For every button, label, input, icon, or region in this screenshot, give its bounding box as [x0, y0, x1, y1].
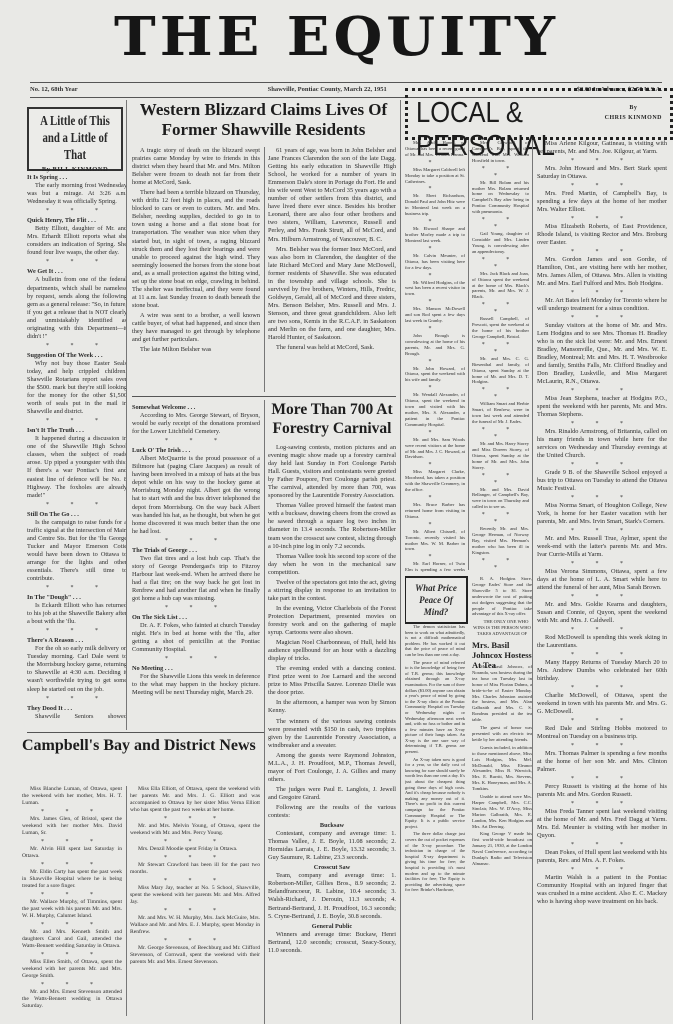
paragraph: Log-sawing contests, motion pictures and…: [268, 444, 396, 500]
separator-dot: * * *: [472, 302, 529, 316]
item-text: For the oh so early milk delivery on Tue…: [27, 645, 127, 693]
local-item: Mrs. Gordon James and son Gordie, of Ham…: [537, 256, 667, 288]
separator-dot: *: [405, 326, 465, 333]
column-rule: [468, 140, 469, 570]
paragraph: Among the guests were Raymond Johnston, …: [268, 752, 396, 784]
item-kicker: Somewhat Welcome . . .: [132, 404, 260, 412]
item-text: For the Shawville Lions this week in def…: [132, 673, 260, 697]
district-item: Mr. George Stevenson, of Beechburg and M…: [130, 945, 260, 966]
paragraph: There had been a terrible blizzard on Th…: [132, 189, 260, 310]
separator-stars: * * *: [537, 801, 667, 808]
separator-stars: * * *: [27, 418, 127, 425]
paragraph: Guests included, in addition to those me…: [472, 745, 532, 792]
separator-stars: * * *: [537, 528, 667, 535]
blizzard-col-1: A tragic story of death on the blizzard …: [132, 147, 260, 392]
separator-dot: *: [405, 522, 465, 529]
result-heading: Crosscut Saw: [268, 864, 396, 872]
local-item: Mr. Earl Horner, of Twin Elm is spending…: [405, 561, 465, 574]
forestry-body: Log-sawing contests, motion pictures and…: [268, 444, 396, 1024]
paragraph: Magician Noel Charbonneau, of Hull, held…: [268, 639, 396, 663]
local-item: Mr. Wendall Alexander, of Ottawa, spent …: [405, 392, 465, 427]
item-text: Is Eckardt Elliott who has returned to h…: [27, 602, 127, 626]
local-item: Gail Young, daughter of Constable and Mr…: [472, 231, 529, 255]
separator-stars: * * *: [537, 388, 667, 395]
separator-stars: * * *: [22, 892, 122, 899]
local-item: Miss Norma Smart, of Houghton College, N…: [537, 502, 667, 526]
local-item: Miss Arlene Kilgour, Gatineau, is visiti…: [537, 140, 667, 156]
masthead: THE EQUITY: [0, 0, 673, 66]
local-item: Mr. Calvin Meunier, of Ottawa, has been …: [405, 253, 465, 271]
separator-stars: * * *: [537, 421, 667, 428]
separator-stars: * * *: [130, 878, 260, 885]
filler-text: King George V made his first world-wide …: [472, 831, 532, 866]
local-item: Mrs. Crawford, of Campbell's Bay, spent …: [472, 140, 529, 164]
local-item: Mr. and Mrs. Sam Woods were recent visit…: [405, 437, 465, 461]
local-item: Grade 9 B. of the Shawville School enjoy…: [537, 469, 667, 493]
caps-line: THE ONLY ONE WHO WINS IS THE PERSON WHO …: [472, 619, 532, 636]
separator-stars: * * *: [22, 809, 122, 816]
separator-stars: * * *: [130, 839, 260, 846]
separator-stars: * * *: [27, 585, 127, 592]
district-item: Mrs. James Glen, of Bristol, spent the w…: [22, 816, 122, 837]
separator-stars: * * *: [537, 718, 667, 725]
separator-stars: * * *: [132, 605, 260, 612]
separator-dot: *: [405, 273, 465, 280]
what-price-body: The demon statistician has been to work …: [405, 624, 465, 1024]
local-item: Mrs. Jack Black and Joan, of Ottawa spen…: [472, 271, 529, 301]
item-text: Is the campaign to raise funds for a tra…: [27, 519, 127, 583]
district-item: Miss Ellen Smith, of Ottawa, spent the w…: [22, 959, 122, 980]
separator-stars: * * *: [27, 343, 127, 350]
separator-stars: * * *: [537, 495, 667, 502]
local-item: Many Happy Returns of Tuesday March 20 t…: [537, 659, 667, 683]
district-item: Mr. and Mrs. Kenneth Smith and daughters…: [22, 929, 122, 950]
local-item: Recently Mr. and Mrs. George Herman, of …: [472, 526, 529, 556]
paragraph: The three dollar charge just covers the …: [405, 831, 465, 893]
separator-stars: * * *: [132, 538, 260, 545]
separator-dot: *: [405, 430, 465, 437]
local-item: Percy Russett is visiting at the home of…: [537, 783, 667, 799]
separator-stars: * * *: [537, 158, 667, 165]
column-rule: [126, 100, 127, 730]
district-item: Miss Ella Elliott, of Ottawa, spent the …: [130, 786, 260, 814]
paragraph: An X-ray taken now is good for a year, s…: [405, 757, 465, 830]
item-kicker: It Is Spring . . .: [27, 174, 127, 182]
separator-stars: * * *: [537, 842, 667, 849]
local-item: Martin Walsh is a patient in the Pontiac…: [537, 874, 667, 906]
paragraph: Thomas Vallee took his second top score …: [268, 553, 396, 577]
local-item: Mr. and Mrs. Goldie Kearns and daughters…: [537, 601, 667, 625]
separator-stars: * * *: [537, 183, 667, 190]
local-item: Mr. John Howard, of Ottawa, spent the we…: [405, 366, 465, 384]
local-item: Miss Elizabeth Roberts, of East Providen…: [537, 223, 667, 247]
separator-dot: *: [405, 385, 465, 392]
district-item: Mr. and Mrs. Ernest Stevenson attended t…: [22, 989, 122, 1010]
item-text: Shawville Seniors showed Morrisburg how …: [27, 713, 127, 720]
separator-dot: * * *: [472, 342, 529, 356]
local-item: Mr. and Mrs. David Bellanger, of Campbel…: [472, 487, 529, 511]
local-item: Rod McDowell is spending this week skiin…: [537, 634, 667, 650]
item-kicker: Still On The Go . . .: [27, 511, 127, 519]
separator-stars: * * *: [22, 982, 122, 989]
newspaper-title: THE EQUITY: [0, 2, 673, 69]
local-item: Miss Margaret Clarke, Moorhead, has take…: [405, 469, 465, 493]
local-item: Russell Campbell, of Prescott, spent the…: [472, 316, 529, 340]
separator-dot: *: [405, 219, 465, 226]
district-item: Mr. Eldin Carty has spent the past week …: [22, 869, 122, 890]
item-text: Two flat tires and a lost hub cap. That'…: [132, 555, 260, 603]
separator-stars: * * *: [537, 743, 667, 750]
district-item: Mr. Alvin Hill spent last Saturday in Ot…: [22, 846, 122, 860]
column-title: A Little of This and a Little of That: [38, 112, 112, 163]
result-text: Contestant, company and average time: 1.…: [268, 830, 396, 862]
local-item: Sunday visitors at the home of Mr. and M…: [537, 322, 667, 386]
local-item: Mrs. John Howard and Mrs. Bert Stark spe…: [537, 165, 667, 181]
result-heading: Bucksaw: [268, 822, 396, 830]
forestry-headline: More Than 700 At Forestry Carnival: [268, 400, 396, 438]
paragraph: Twelve of the spectators got into the ac…: [268, 579, 396, 603]
item-text: It happened during a discussion in one o…: [27, 435, 127, 499]
separator-stars: * * *: [130, 855, 260, 862]
column-title-box: A Little of This and a Little of That By…: [27, 107, 123, 171]
what-price-box: What Price Peace Of Mind?: [405, 576, 468, 624]
local-item: Mr. and Mrs. Russell True, Aylmer, spent…: [537, 535, 667, 559]
separator-stars: * * *: [537, 627, 667, 634]
paragraph: Mrs. Belsher was the former Inez McCord,…: [268, 246, 396, 343]
local-personal-header: LOCAL & PERSONAL By CHRIS KINMOND: [405, 88, 673, 140]
item-kicker: In The "Dough" . . .: [27, 594, 127, 602]
separator-stars: * * *: [537, 685, 667, 692]
paragraph: The late Milton Belsher was: [132, 346, 260, 354]
sponsors-text: R. A. Hodgins Store, George Eades' Store…: [472, 576, 532, 617]
paragraph: The guest of honor was presented with an…: [472, 725, 532, 743]
item-kicker: They Dood It . . .: [27, 705, 127, 713]
separator-stars: * * *: [537, 867, 667, 874]
separator-stars: * * *: [27, 208, 127, 215]
item-kicker: No Meeting . . .: [132, 665, 260, 673]
item-kicker: Quick Henry, The Flit . . .: [27, 217, 127, 225]
column-rule: [264, 147, 265, 392]
campbells-bay-headline: Campbell's Bay and District News: [22, 736, 262, 756]
blizzard-headline: Western Blizzard Claims Lives Of Former …: [131, 100, 396, 140]
separator-stars: * * *: [537, 776, 667, 783]
paragraph: In the evening, Victor Charlebois of the…: [268, 605, 396, 637]
separator-stars: * * *: [537, 561, 667, 568]
separator-dot: *: [405, 495, 465, 502]
separator-stars: * * *: [22, 922, 122, 929]
item-kicker: The Trials of George . . .: [132, 547, 260, 555]
local-item: Miss Margaret Caldwell left Monday to ta…: [405, 167, 465, 185]
local-item: Mr. Bill Bolam and his mother Mrs. Bolam…: [472, 180, 529, 215]
result-text: Team, company and average time: 1. Rober…: [268, 872, 396, 920]
local-personal-byline: By CHRIS KINMOND: [605, 103, 662, 123]
byline-name: CHRIS KINMOND: [605, 113, 662, 123]
paragraph: In the afternoon, a hamper was won by Si…: [268, 699, 396, 715]
district-item: Mr. and Mrs. Melvin Young, of Ottawa, sp…: [130, 823, 260, 837]
paragraph: Unable to attend were Mrs. Harper Campbe…: [472, 794, 532, 829]
shorts-column: Somewhat Welcome . . .According to Mrs. …: [132, 402, 260, 732]
byline-by: By: [605, 103, 662, 113]
paragraph: The evening ended with a dancing contest…: [268, 665, 396, 697]
local-item: Miss Freda Tanner spent last weekend vis…: [537, 808, 667, 840]
local-col-1: Mrs. Andy Hanna, of Ottawa, has been a r…: [405, 140, 465, 574]
item-text: The early morning frost Wednesday was bu…: [27, 182, 127, 206]
separator-dot: * * *: [472, 473, 529, 487]
separator-dot: * * *: [472, 512, 529, 526]
item-text: Dr. A. F. Fokes, who fainted at church T…: [132, 622, 260, 654]
place-date: Shawville, Pontiac County, March 22, 195…: [268, 83, 387, 97]
result-text: Winners and average time: Buckaw, Henri …: [268, 931, 396, 955]
item-text: According to Mrs. George Stewart, of Bry…: [132, 412, 260, 436]
local-col-3: Miss Arlene Kilgour, Gatineau, is visiti…: [537, 140, 667, 1020]
column-rule: [400, 100, 401, 1024]
x-ray-sponsors: R. A. Hodgins Store, George Eades' Store…: [472, 576, 532, 636]
separator-stars: * * *: [132, 438, 260, 445]
column-rule: [126, 786, 127, 1016]
separator-stars: * * *: [22, 862, 122, 869]
separator-stars: * * *: [537, 594, 667, 601]
item-kicker: We Get It . . .: [27, 268, 127, 276]
paragraph: A tragic story of death on the blizzard …: [132, 147, 260, 187]
separator-stars: * * *: [132, 656, 260, 663]
district-item: Miss Blanche Luman, of Ottawa, spent the…: [22, 786, 122, 807]
separator-dot: *: [405, 359, 465, 366]
paragraph: The winners of the various sawing contes…: [268, 718, 396, 750]
separator-dot: *: [405, 160, 465, 167]
local-item: Mrs. Rinaldo Armstrong, of Britannia, ca…: [537, 428, 667, 460]
district-item: Mrs. Denzil Moodie spent Friday in Ottaw…: [130, 846, 260, 853]
column-rule: [264, 400, 265, 1024]
section-rule: [132, 396, 396, 397]
local-item: John Brough is convalescing at the home …: [405, 333, 465, 357]
local-item: Mr. Wilfred Hodgins, of the west has bee…: [405, 280, 465, 298]
separator-stars: * * *: [27, 502, 127, 509]
separator-dot: *: [405, 246, 465, 253]
separator-dot: * * *: [472, 257, 529, 271]
item-text: A bulletin from one of the federal depar…: [27, 276, 127, 340]
paragraph: 61 years of age, was born in John Belshe…: [268, 147, 396, 244]
result-heading: General Public: [268, 923, 396, 931]
local-item: Mrs. Andy Hanna, of Ottawa, has been a r…: [405, 140, 465, 158]
district-item: Miss Mary Jay, teacher at No. 5 School, …: [130, 885, 260, 906]
district-item: Mr Stewart Crawford has been ill for the…: [130, 862, 260, 876]
paragraph: The demon statistician has been to work …: [405, 624, 465, 658]
local-item: Mr. Elwood Sharpe and brother Morley mad…: [405, 226, 465, 244]
blizzard-col-2: 61 years of age, was born in John Belshe…: [268, 147, 396, 392]
separator-stars: * * *: [537, 216, 667, 223]
separator-stars: * * *: [27, 259, 127, 266]
local-item: Dean Fokes, of Hull spent last weekend w…: [537, 849, 667, 865]
local-col-2: Mrs. Crawford, of Campbell's Bay, spent …: [472, 140, 529, 570]
campbells-bay-col-1: Miss Blanche Luman, of Ottawa, spent the…: [22, 786, 122, 1024]
district-item: Mr. Wallace Murphy, of Timmins, spent th…: [22, 899, 122, 920]
what-price-headline: What Price Peace Of Mind?: [406, 582, 466, 618]
separator-stars: * * *: [22, 839, 122, 846]
separator-dot: *: [405, 554, 465, 561]
separator-stars: * * *: [537, 290, 667, 297]
section-rule: [27, 732, 264, 733]
local-item: Mrs. Thomas Palmer is spending a few mon…: [537, 750, 667, 774]
local-item: Mrs. Manson McDowell and son Rod spent a…: [405, 306, 465, 324]
separator-stars: * * *: [537, 462, 667, 469]
item-kicker: Suggestion Of The Week . . .: [27, 352, 127, 360]
paragraph: The peace of mind referred to is the kno…: [405, 660, 465, 755]
separator-dot: * * *: [472, 558, 529, 570]
separator-stars: * * *: [537, 249, 667, 256]
paragraph: The judges were Paul E. Langlois, J. Jew…: [268, 786, 396, 802]
separator-stars: * * *: [130, 908, 260, 915]
item-text: Betty Elliott, daughter of Mr. and Mrs. …: [27, 225, 127, 257]
paragraph: The funeral was held at McCord, Sask.: [268, 344, 396, 352]
local-item: Mr. Albert Chisnell, of Toronto, recentl…: [405, 529, 465, 553]
separator-stars: * * *: [130, 816, 260, 823]
item-kicker: On The Sick List . . .: [132, 614, 260, 622]
local-item: Charlie McDowell, of Ottawa, spent the w…: [537, 692, 667, 716]
separator-dot: * * *: [472, 166, 529, 180]
local-item: Mr. and Mrs. C. G. Biesenthal and family…: [472, 356, 529, 386]
item-text: Albert McQuarrie is the proud possessor …: [132, 455, 260, 535]
separator-dot: * * *: [472, 387, 529, 401]
local-item: Miss Jean Stephens, teacher at Hodgins P…: [537, 395, 667, 419]
separator-stars: * * *: [27, 628, 127, 635]
local-item: Mrs. Fred Martin, of Campbell's Bay, is …: [537, 190, 667, 214]
local-item: William Smart and Herbie Smart, of Renfr…: [472, 401, 529, 425]
item-text: Why not buy those Easter Seals today, an…: [27, 360, 127, 416]
local-item: Mr. Art Bates left Monday for Toronto wh…: [537, 297, 667, 313]
separator-dot: * * *: [472, 427, 529, 441]
paragraph: Following are the results of the various…: [268, 804, 396, 820]
separator-dot: *: [405, 299, 465, 306]
separator-stars: * * *: [130, 938, 260, 945]
paragraph: A wire was sent to a brother, a well kno…: [132, 312, 260, 344]
separator-stars: * * *: [27, 696, 127, 703]
local-item: Miss Verona Simmons, Ottawa, spent a few…: [537, 568, 667, 592]
johncox-body: Mrs. Basil Johncox, of Noranda, was host…: [472, 664, 532, 1019]
separator-dot: *: [405, 462, 465, 469]
local-item: Mr. Ebert Richardson, Donald Paul and Jo…: [405, 193, 465, 217]
separator-dot: * * *: [472, 217, 529, 231]
issue-number: No. 12, 68th Year: [30, 83, 78, 97]
district-item: Mr. and Mrs. W. H. Murphy, Mrs. Jack McG…: [130, 915, 260, 936]
campbells-bay-col-2: Miss Ella Elliott, of Ottawa, spent the …: [130, 786, 260, 1024]
paragraph: Thomas Vallee proved himself the fastest…: [268, 502, 396, 550]
local-item: Red Dale and Stirling Hobbs motored to M…: [537, 725, 667, 741]
separator-dot: *: [405, 186, 465, 193]
little-column-body: It Is Spring . . .The early morning fros…: [27, 172, 127, 720]
separator-stars: * * *: [22, 952, 122, 959]
local-item: Mrs. Bruce Barber has returned home from…: [405, 502, 465, 520]
item-kicker: There's A Reason . . .: [27, 637, 127, 645]
column-rule: [532, 140, 533, 1020]
item-kicker: Luck O' The Irish . . .: [132, 447, 260, 455]
separator-stars: * * *: [537, 315, 667, 322]
item-kicker: Isn't It The Truth . . .: [27, 427, 127, 435]
paragraph: Mrs. Basil Johncox, of Noranda, was host…: [472, 664, 532, 723]
separator-stars: * * *: [537, 652, 667, 659]
local-item: Mr. and Mrs. Harry Storey and Miss Doree…: [472, 441, 529, 471]
